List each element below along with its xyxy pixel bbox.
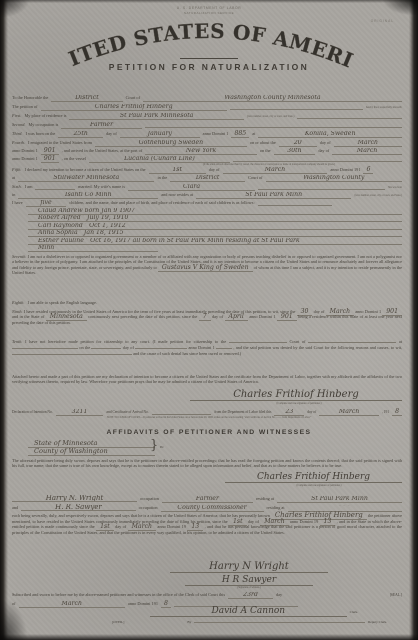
occupation-label: occupation [139,505,158,510]
emigrated-label: I emigrated to the United States from [28,140,92,145]
witness1-occupation-value: Farmer [162,496,253,503]
fourth-clause-line1: Fourth. I emigrated to the United States… [12,140,402,147]
attached-paragraph: Attached hereto and made a part of this … [12,374,402,385]
anno-domini-label: anno Domini 191 [330,167,360,172]
blank-line [145,126,402,128]
witness2-signature-row: H R Sawyer [185,575,313,586]
birth-place-value: Konilla, Sweden [258,131,402,138]
residence-label: My place of residence is [24,113,66,118]
anno-domini-label: anno Domini 1 [249,314,275,319]
eighth-text: I am able to speak the English language. [28,300,97,305]
at-label: at [12,175,15,180]
witness-sworn-paragraph: each being severally, duly, and respecti… [12,513,402,535]
anno-domini-label: anno Domini 1 [203,131,229,136]
third-label: Third. [12,131,22,136]
children-intro-label: children, and the name, date and place o… [69,200,254,205]
fifth-clause-line2: at Stillwater Minnesota in the District … [12,175,402,182]
declaration-no-label: Declaration of Intention No. [12,410,53,414]
seventh-clause: Seventh. I am not a disbeliever in or op… [12,254,402,276]
child-row: Carl Raymond ″ Oct 1, 1912 [28,223,402,230]
declaration-place-value: Stillwater Minnesota [18,175,154,182]
witness1-signature-row: Harry N Wright [170,561,328,573]
declaration-number-value: 3211 [56,409,104,416]
day-of-label: day of [209,167,220,172]
wife-residence-value: St Paul Park Minn [196,192,351,199]
child-row: Esther Pauline ″ Oct 16, 1917 all born i… [28,238,402,245]
child-entry: Carl Raymond ″ Oct 1, 1912 [28,223,402,230]
declaration-venue-value: Washington County [266,175,402,182]
clerk-note: NOTE TO CLERK OF COURT.—If petitioner ar… [40,416,378,419]
declaration-day-value: 1st [149,167,206,174]
blank-line [258,188,385,190]
anno-domini-label: anno Domini 1 [12,148,38,153]
state-since-month: April [225,313,248,321]
footer-row: [OVER.] By Deputy Clerk. [12,620,402,624]
child-row: Robert Alfred ″ July 19, 1910 [28,215,402,222]
residence-value: St Paul Park Minnesota [69,113,243,120]
page-subtitle: PETITION FOR NATURALIZATION [0,62,418,72]
petitioner-signature: Charles Frithiof Hinberg [190,389,402,401]
witness2-occupation-value: County Commissioner [161,505,264,512]
scan-edge-top [0,0,418,3]
allegiance-value: Gustavus V King of Sweden [158,264,253,272]
showeth-label: hereby filed, respectfully showeth: [366,106,402,109]
occupation-value: Farmer [61,122,141,129]
sixth-clause-line1: Sixth. I am married. My wife's name is C… [12,184,402,191]
arrival-day-value: 30th [274,148,316,155]
petition-of-label: The petition of [12,104,38,109]
witness1-signature: Harry N Wright [170,561,328,573]
second-clause-line: Second. My occupation is Farmer [12,122,402,129]
subscribed-day-value: 23rd [228,592,273,599]
emigration-month-value: March [334,140,402,147]
petitioner-name-value: Charles Frithiof Hinberg [41,104,227,111]
on-or-about-label: on or about the [250,140,276,145]
she-was-born-label: She was born [388,186,402,189]
day-of-label: day of [320,140,331,145]
blank-line [230,108,363,110]
vessel-label: , on the vessel [62,156,86,161]
emigrated-from-value: Gothenburg Sweden [95,140,247,147]
second-label: Second. [12,122,25,127]
third-clause-line: Third. I was born on the 25th day of Jan… [12,131,402,138]
declaration-month-value: March [223,167,328,174]
emigration-day-value: 20 [279,140,317,147]
court-line: To the Honorable the District Court of W… [12,95,402,102]
residence-hint: (Give number, street, city or town, and … [354,194,402,197]
on-the-label: on the [260,148,271,153]
anno-domini-label: anno Domini 19 [290,519,318,524]
day-of-label: day of [123,345,134,350]
blank-line [216,345,232,349]
residing-label: residing at [267,505,285,510]
children-intro-line: I have five children, and the name, date… [12,200,402,207]
brace-glyph: } [150,438,158,453]
affidavit-county: County of Washington [28,447,155,456]
tenth-text: I have not heretofore made petition for … [25,339,226,344]
department-stamp-line1: U. S. DEPARTMENT OF LABOR [0,6,418,10]
tenth-text-2: , and the said petition was denied by th… [233,345,402,350]
i-am-label: I am [25,184,33,189]
certificate-arrival-label: and Certificate of Arrival No. [106,410,148,414]
affidavits-heading: AFFIDAVITS OF PETITIONER AND WITNESSES [0,429,418,436]
court-venue-value: Washington County Minnesota [143,95,402,102]
declaration-year-value: 6 [363,167,373,174]
deputy-blank-line [194,621,364,623]
child-entry-cont: Minn [28,245,158,252]
tenth-label: Tenth. [12,339,22,344]
declaration-court-value: District [170,175,245,182]
blank-line [91,345,121,349]
fifth-clause-line1: Fifth. I declared my intention to become… [12,167,402,174]
occupation-label: My occupation is [28,122,58,127]
affidavit-signature-row: Charles Frithiof Hinberg [225,472,402,483]
blank-line [135,345,187,349]
deputy-clerk-label: Deputy Clerk. [368,620,387,624]
child-entry: Claud Andrew born Jan 9 1907 [28,208,402,215]
scan-edge-left [0,0,8,640]
seventh-label: Seventh. [12,254,26,259]
anno-domini-label: anno Domini 1 [189,345,215,350]
day-of-label: day of [115,524,126,529]
first-label: First. [12,113,21,118]
subscribed-line-1: Subscribed and sworn to before me by the… [12,592,402,599]
eighth-label: Eighth. [12,300,25,305]
scan-edge-right [409,0,418,640]
occupation-label: occupation [140,496,159,501]
child-entry: Esther Pauline ″ Oct 16, 1917 all born i… [28,238,402,245]
blank-line [12,345,78,349]
witness-signature-caption: (Signature of witness.) [200,586,298,589]
arrival-month-value: March [332,148,402,155]
witness-line-1: Harry N. Wright occupation Farmer residi… [12,495,402,503]
petitioner-affidavit-paragraph: The aforesaid petitioner being duly swor… [12,458,402,469]
affidavit-petitioner-signature: Charles Frithiof Hinberg [225,472,402,483]
arrival-year-value: 901 [41,156,59,163]
emigration-year-value: 901 [41,148,59,155]
child-row: Claud Andrew born Jan 9 1907 [28,208,402,215]
birth-day-value: 25th [58,131,103,138]
residence-hint: (Give number, street, city or town, and … [247,115,295,118]
state-since-year: 901 [277,313,297,321]
born-label: I was born on the [25,131,55,136]
blank-line [12,351,132,355]
resides-label: and now resides at [161,192,193,197]
in-label: in [12,192,15,197]
wife-name-value: Clara [128,184,255,191]
witness2-name-value: H. R. Sawyer [21,504,135,511]
vessel-hint: (If the alien arrived otherwise than by … [140,163,398,166]
to-honorable-label: To the Honorable the [12,95,48,100]
sixth-label: Sixth. [12,184,22,189]
ninth-text-2: and in the State of [12,314,44,319]
at-label: at [252,131,255,136]
clerk-signature-row: David A Cannon Clerk. [150,606,358,617]
filed-this-label: from the Department of Labor filed this [214,410,271,414]
eighth-clause-line: Eighth. I am able to speak the English l… [12,300,402,305]
ninth-text-3: continuously next preceding the date of … [88,314,197,319]
on-the-label: on the [79,345,90,350]
day-of-label: day of [106,131,117,136]
children-count-value: five [26,200,67,207]
clerk-label: Clerk. [350,610,358,614]
subscribed-month-value: March [19,601,125,608]
clerk-signature: David A Cannon [150,606,347,617]
anno-label: , 191 [382,410,389,414]
title-divider [180,58,238,59]
court-of-label: Court of [126,95,140,100]
department-stamp-line2: NATURALIZATION SERVICE [0,11,418,15]
witness1-name-value: Harry N. Wright [12,495,137,502]
filed-month-value: March [319,409,379,416]
blank-line [229,339,287,343]
anno-domini-label: anno Domini 19 [157,524,186,529]
wife-birthplace-value: Isanti Co Minn [18,192,158,199]
i-have-label: I have [12,200,23,205]
arrived-port-label: , and arrived in the United States, at t… [62,148,143,153]
scan-edge-bottom [0,634,418,640]
residing-label: residing at [256,496,274,501]
blank-line [297,117,402,119]
child-entry: Anna Sophia ″ Jan 18, 1915 [28,230,402,237]
filed-day-value: 23 [274,409,304,416]
state-since-day: 7 [199,313,211,321]
by-label: By [187,620,191,624]
court-of-label: Court of [290,339,306,344]
child-row-continuation: Minn [28,245,158,252]
ss-label: ss: [160,445,164,449]
declared-intention-label: I declared my intention to become a citi… [24,167,145,172]
petitioner-signature-row: Charles Frithiof Hinberg [190,389,402,401]
seal-label: [SEAL.] [390,593,402,597]
petitioner-line: The petition of Charles Frithiof Hinberg… [12,104,402,111]
blank-line [308,339,396,343]
and-label: and [12,505,18,510]
day-label: day [276,592,282,597]
tenth-text-3: and the cause of such denial has since b… [133,351,241,356]
affidavit-signature-caption: (Complete and true signature of petition… [245,484,393,487]
tenth-clause: Tenth. I have not heretofore made petiti… [12,339,402,357]
declaration-number-line: Declaration of Intention No. 3211 and Ce… [12,409,402,416]
fourth-label: Fourth. [12,140,25,145]
witness2-signature: H R Sawyer [185,575,313,586]
fifth-label: Fifth. [12,167,21,172]
day-of-label: day of [318,148,329,153]
anno-domini-label: anno Domini 1 [12,156,38,161]
court-of-label: Court of [248,175,262,180]
marital-blank [35,188,75,190]
ninth-clause: Ninth. I have resided continuously in th… [12,309,402,325]
fourth-clause-line2: anno Domini 1 901 , and arrived in the U… [12,148,402,155]
married-label: married. My wife's name is [78,184,125,189]
in-the-label: in the [157,175,167,180]
witness1-residence-value: St Paul Park Minn [277,496,402,503]
sixth-clause-line2: in Isanti Co Minn and now resides at St … [12,192,402,199]
day-of-label: day of [248,519,259,524]
birth-year-value: 885 [231,131,249,138]
naturalization-petition-document: U. S. DEPARTMENT OF LABOR NATURALIZATION… [0,0,418,640]
signature-caption: (Complete and true signature of petition… [210,402,388,405]
arrival-port-value: New York [145,148,257,155]
day-of-label: day of [212,314,223,319]
child-row: Anna Sophia ″ Jan 18, 1915 [28,230,402,237]
at-label: at [399,339,402,344]
first-clause-line: First. My place of residence is St Paul … [12,113,402,120]
of-label: of [12,601,16,606]
birth-month-value: January [120,131,200,138]
child-entry: Robert Alfred ″ July 19, 1910 [28,215,402,222]
filed-year-value: 8 [392,409,402,416]
day-of-label: day of [307,410,316,414]
court-name-value: District [51,95,122,102]
over-label: [OVER.] [112,620,124,624]
blank-line [258,204,332,206]
subscribed-text: Subscribed and sworn to before me by the… [12,592,225,597]
